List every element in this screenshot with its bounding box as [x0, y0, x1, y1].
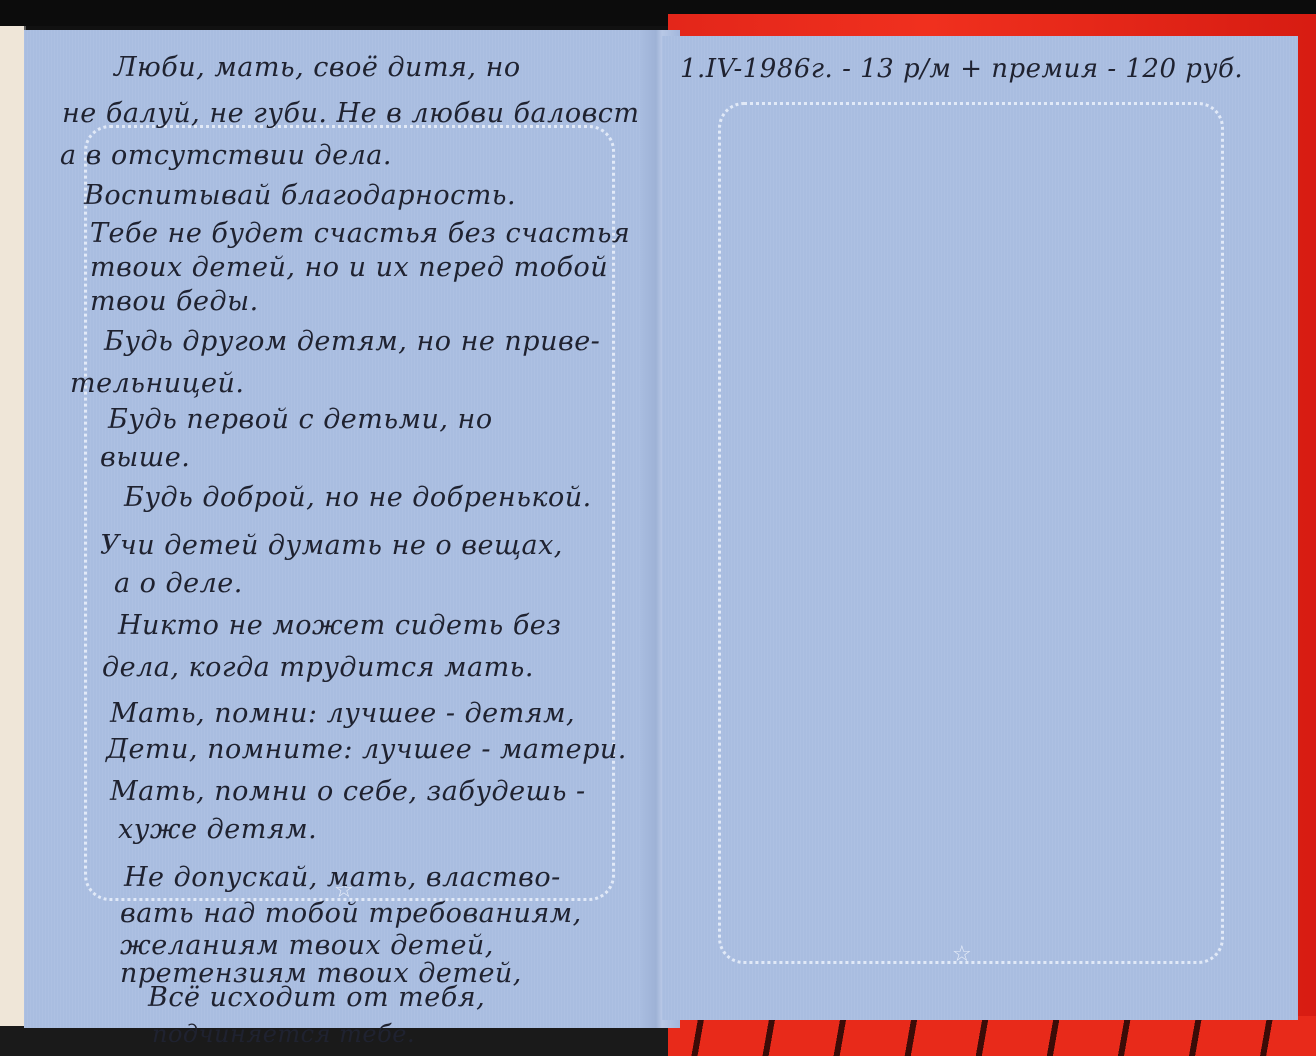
handwritten-line: желаниям твоих детей,: [120, 930, 494, 961]
handwritten-line: не балуй, не губи. Не в любви баловство,: [62, 98, 682, 129]
left-page: ☆ Люби, мать, своё дитя, но не балуй, не…: [24, 30, 664, 1028]
handwritten-line: Люби, мать, своё дитя, но: [114, 52, 521, 83]
handwritten-line: Тебе не будет счастья без счастья: [90, 218, 630, 249]
handwritten-line: подчиняется тебе.: [152, 1020, 415, 1048]
scanned-notebook-spread: ☆ Люби, мать, своё дитя, но не балуй, не…: [0, 0, 1316, 1056]
date-salary-note: 1.IV-1986г. - 13 р/м + премия - 120 руб.: [680, 54, 1243, 84]
right-page: 1.IV-1986г. - 13 р/м + премия - 120 руб.…: [662, 36, 1298, 1020]
handwritten-line: хуже детям.: [118, 814, 317, 845]
handwritten-line: Не допускай, мать, властво-: [124, 862, 561, 893]
handwritten-line: Мать, помни о себе, забудешь -: [110, 776, 586, 807]
ornamental-frame: [718, 102, 1224, 964]
handwritten-line: а в отсутствии дела.: [60, 140, 392, 171]
page-edge: [0, 26, 26, 1028]
handwritten-line: тельницей.: [70, 368, 244, 399]
handwritten-line: Никто не может сидеть без: [118, 610, 562, 641]
handwritten-line: дела, когда трудится мать.: [102, 652, 534, 683]
handwritten-line: Будь доброй, но не добренькой.: [124, 482, 592, 513]
handwritten-line: твоих детей, но и их перед тобой: [90, 252, 608, 283]
handwritten-line: твои беды.: [90, 286, 259, 317]
handwritten-line: Всё исходит от тебя,: [148, 982, 485, 1013]
handwritten-line: Дети, помните: лучшее - матери.: [106, 734, 627, 765]
handwritten-line: Учи детей думать не о вещах,: [100, 530, 563, 561]
handwritten-line: Мать, помни: лучшее - детям,: [110, 698, 575, 729]
handwritten-line: вать над тобой требованиям,: [120, 898, 582, 929]
star-icon: ☆: [952, 944, 972, 966]
handwritten-line: Будь первой с детьми, но: [108, 404, 493, 435]
handwritten-line: а о деле.: [114, 568, 243, 599]
handwritten-line: Воспитывай благодарность.: [84, 180, 516, 211]
handwritten-line: выше.: [100, 442, 190, 473]
handwritten-line: Будь другом детям, но не приве-: [104, 326, 600, 357]
